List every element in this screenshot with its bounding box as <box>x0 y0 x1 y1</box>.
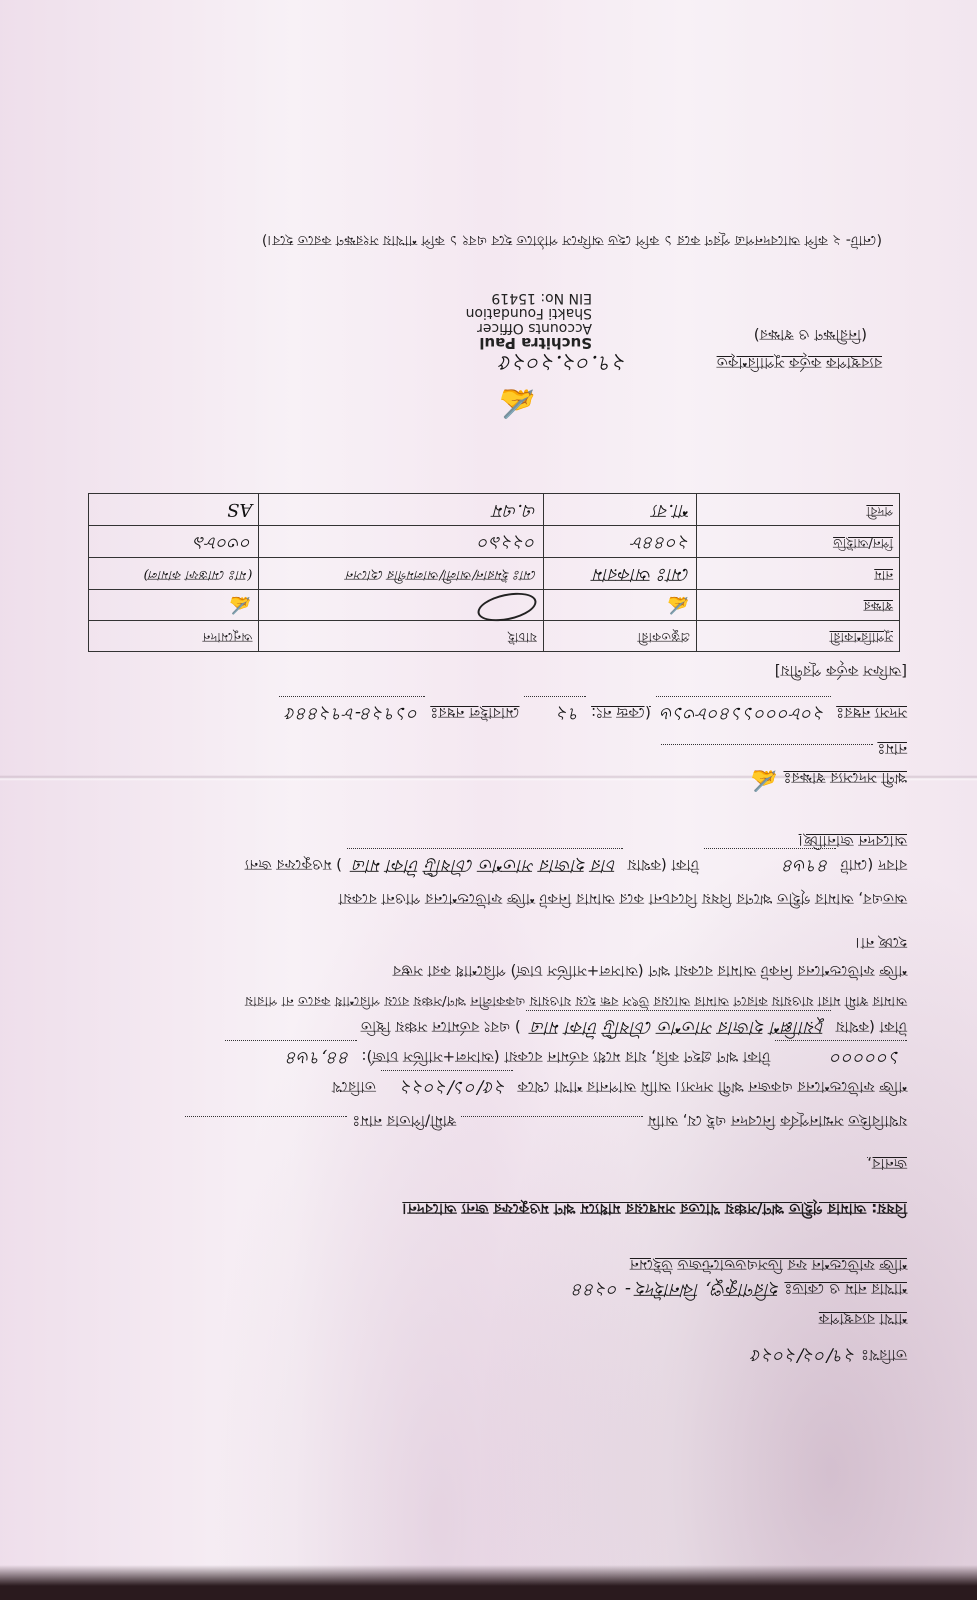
body-line-1: যথাবিহিত সম্মানপূর্বক নিবেদন এই যে, আমি … <box>186 1107 908 1132</box>
mobile-value: ০১৭২৪-৮৭২৪৪৫ <box>279 696 426 728</box>
body-line-2: শক্তি ফাউন্ডেশনের একজন ঋণী সদস্য। আমি আপ… <box>332 1070 907 1102</box>
date-value: ২৭/০২/২০২৫ <box>750 1345 856 1366</box>
recipient-to: শাখা ব্যবস্থাপক <box>819 1305 907 1330</box>
applicant-name-field <box>461 1116 643 1117</box>
table-row: নাম মোঃ আকরাম মোঃ ইমরান/আলী/আলমগীর হোসেন… <box>89 558 900 590</box>
office-section-title: [অফিস কর্তৃক পূরণীয়] <box>775 657 907 682</box>
husband-name-field <box>186 1116 348 1117</box>
org-line: শক্তি ফাউন্ডেশন ফর ডিসএডভান্টেজড উইমেন <box>630 1251 907 1276</box>
outstanding-words-field: চুয়াল্লিশ হাজার সাতশত চৌষট্টি টাকা মাত্… <box>526 1010 831 1042</box>
official-stamp: Suchitra Paul Accounts Officer Shakti Fo… <box>466 290 592 350</box>
loan-date-field: ২৫/০১/২০২২ <box>381 1070 513 1102</box>
applicant-name-value <box>661 744 873 745</box>
applicant-name-line: নামঃ <box>661 735 907 760</box>
approval-line: ব্যবস্থাপক কর্তৃক সুপারিশকৃত <box>717 349 882 374</box>
application-form: তারিখঃ ২৭/০২/২০২৫ শাখা ব্যবস্থাপক শাখার … <box>0 0 977 1600</box>
table-row: স্বাক্ষর ✍ ✍ <box>89 590 900 621</box>
table-row: পদবী শা.ব্য এ.এম AS <box>89 494 900 526</box>
approver-signature: ✍ <box>89 590 259 621</box>
verifier-signature <box>259 590 543 621</box>
subject-line: বিষয়: আমার গৃহীত ঋণ/সঞ্চয় খাতের সমন্বয… <box>402 1195 907 1220</box>
outstanding-field: ৪৪,৭৬৪ <box>225 1040 357 1072</box>
body-line-5: আমার স্বামী মারা যাওয়ায় কারণে আমার আয়… <box>245 989 907 1012</box>
approver-signature-icon: ✍ <box>500 385 537 420</box>
applicant-signature-line: ঋণী সদস্যের স্বাক্ষরঃ ✍ <box>751 764 907 792</box>
body-p2-line-2: বাবদ (মোট ৪৭৬৪ টাকা (কথায় চার হাজার সাত… <box>245 848 907 880</box>
approval-sub: (নিরীক্ষণ ও স্বাক্ষর) <box>754 321 867 346</box>
date-line: তারিখঃ ২৭/০২/২০২৫ <box>750 1339 907 1370</box>
branch-value: হরিণাকুণ্ডু, ঝিনাইদহ - ০২৪৪ <box>572 1279 779 1300</box>
applicant-contact-line: সদস্য নম্বরঃ ২০৮০০০১১৪০৮৩১৬ (কেন্দ্র নং:… <box>279 696 907 728</box>
table-row: সুপারিশকারী প্রস্তুতকারী যাচাই অনুমোদন <box>89 621 900 652</box>
salutation: জনাব, <box>867 1150 907 1175</box>
body-line-3: ১০০০০০ টাকা ঋণ গ্রহণ করি, যার মধ্যে বর্ত… <box>225 1040 907 1072</box>
waiver-amount-field: ৪৭৬৪ <box>704 848 836 880</box>
preparer-signature: ✍ <box>543 590 696 621</box>
loan-amount-field: ১০০০০০ <box>775 1040 907 1072</box>
waiver-words-field: চার হাজার সাতশত চৌষট্টি টাকা মাত্র <box>347 848 623 880</box>
photo-edge-shadow <box>0 1565 977 1600</box>
member-no-value: ২০৮০০০১১৪০৮৩১৬ <box>656 696 832 728</box>
footnote: (নোট- ২ কপি আবেদনপত্র পূরণ করে ১ কপি হেড… <box>262 228 882 252</box>
applicant-signature: ✍ <box>751 767 778 792</box>
body-p2-line-1: অতএব, আমার গৃহীত ঋণের বিষয় বিবেচনা করে … <box>339 885 907 910</box>
center-no-value: ৭২ <box>524 696 586 728</box>
branch-line: শাখার নাম ও কোডঃ হরিণাকুণ্ডু, ঝিনাইদহ - … <box>572 1273 907 1304</box>
table-row: পিন/আইডি ২০৪৪৮ ০২২৯০ ০৩০৮৯ <box>89 526 900 558</box>
body-line-6: শক্তি ফাউন্ডেশনের নিকট আমার বকেয়া ঋণ (আ… <box>393 957 907 982</box>
body-line-7: হচ্ছে না। <box>855 929 907 954</box>
body-line-4: টাকা (কথায় চুয়াল্লিশ হাজার সাতশত চৌষট্… <box>361 1010 907 1042</box>
body-p2-line-3: আবেদন জানাচ্ছি। <box>799 827 907 852</box>
office-table: সুপারিশকারী প্রস্তুতকারী যাচাই অনুমোদন স… <box>88 493 900 652</box>
